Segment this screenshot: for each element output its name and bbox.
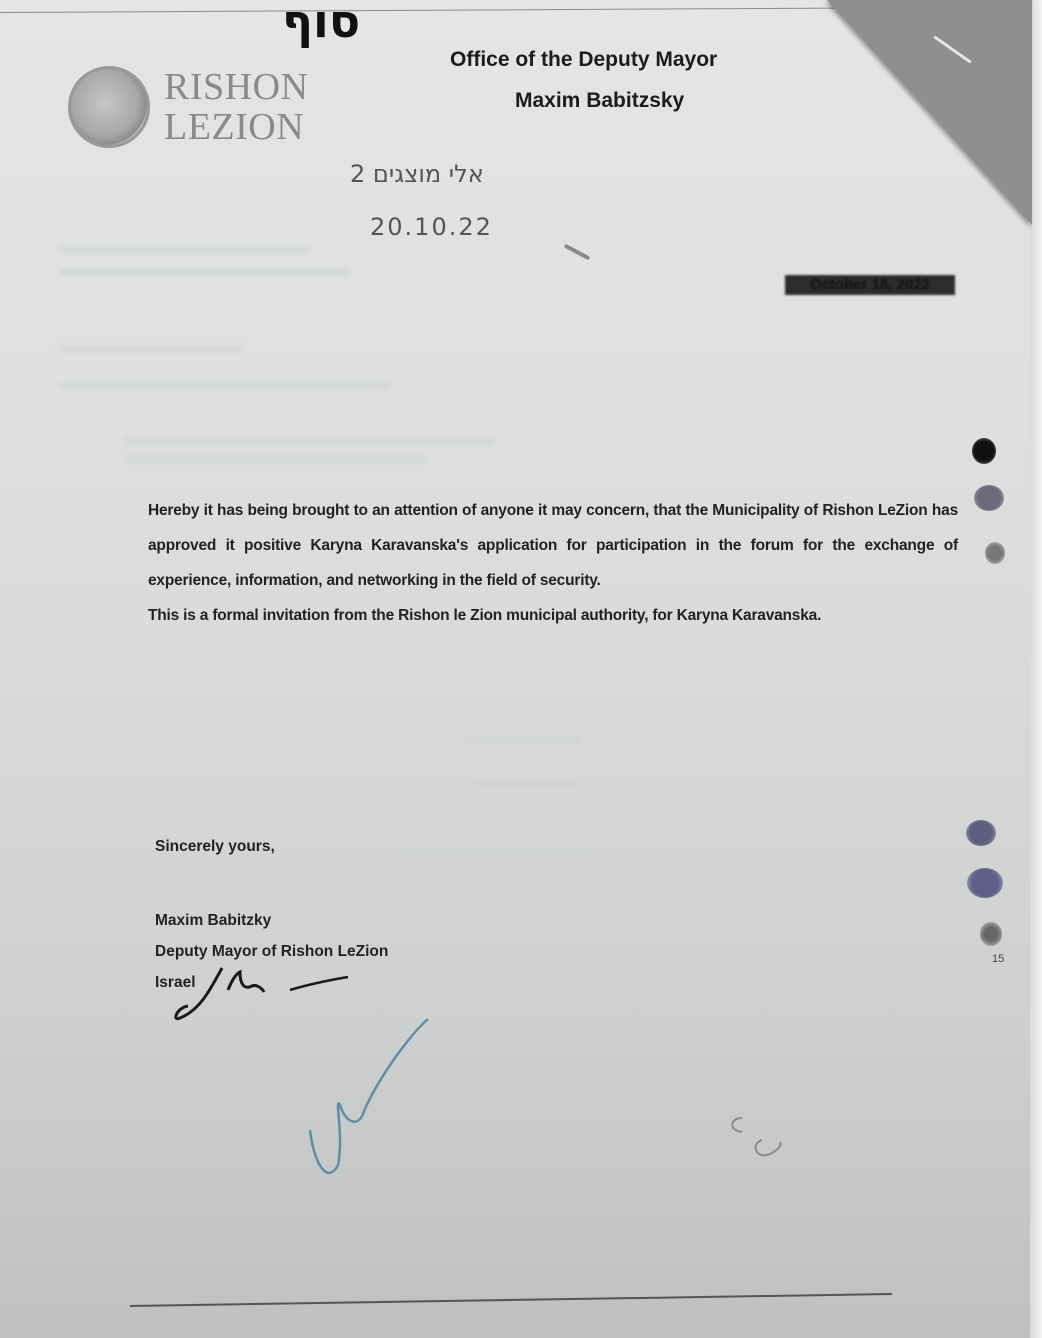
office-name: Maxim Babitzsky bbox=[515, 89, 684, 113]
top-edge-line bbox=[0, 8, 840, 13]
bleed-through-line bbox=[125, 455, 425, 463]
letter-body: Hereby it has being brought to an attent… bbox=[148, 493, 958, 633]
closing-line: Sincerely yours, bbox=[155, 838, 275, 856]
city-emblem-icon bbox=[68, 66, 150, 148]
letter-date-redacted: October 18, 2022 bbox=[785, 275, 955, 295]
logo-line-1: RISHON bbox=[164, 67, 308, 107]
logo-line-2: LEZION bbox=[164, 107, 308, 147]
punch-hole-icon bbox=[966, 820, 996, 846]
bleed-through-line bbox=[60, 268, 350, 276]
punch-hole-icon bbox=[985, 542, 1005, 564]
municipality-logo: RISHON LEZION bbox=[68, 66, 308, 148]
logo-text: RISHON LEZION bbox=[164, 67, 308, 147]
punch-hole-icon bbox=[972, 438, 996, 464]
bleed-through-line bbox=[470, 735, 580, 743]
pencil-scribble bbox=[720, 1100, 810, 1170]
punch-hole-icon bbox=[980, 922, 1002, 946]
punch-hole-icon bbox=[974, 485, 1004, 511]
page-number: 15 bbox=[992, 953, 1004, 965]
handwritten-hebrew-title: סוף bbox=[282, 0, 360, 48]
bleed-through-line bbox=[60, 382, 390, 390]
bleed-through-line bbox=[400, 848, 590, 856]
bleed-through-line bbox=[470, 780, 580, 788]
signer-name: Maxim Babitzky bbox=[155, 905, 388, 936]
office-title: Office of the Deputy Mayor bbox=[450, 48, 717, 72]
blue-ink-checkmark bbox=[300, 1015, 440, 1185]
scanned-letter: סוף RISHON LEZION Office of the Deputy M… bbox=[0, 0, 1042, 1338]
body-paragraph-1: Hereby it has being brought to an attent… bbox=[148, 493, 958, 598]
bleed-through-line bbox=[60, 345, 240, 353]
handwritten-note: 2 אלי מוצגים bbox=[350, 160, 484, 188]
punch-hole-icon bbox=[967, 868, 1003, 898]
footer-line bbox=[130, 1293, 892, 1307]
pencil-tick-mark bbox=[564, 244, 591, 261]
bleed-through-line bbox=[125, 437, 495, 445]
folded-corner bbox=[827, 0, 1032, 225]
bleed-through-line bbox=[60, 246, 310, 254]
body-paragraph-2: This is a formal invitation from the Ris… bbox=[148, 598, 958, 633]
handwritten-date: 20.10.22 bbox=[370, 213, 493, 241]
